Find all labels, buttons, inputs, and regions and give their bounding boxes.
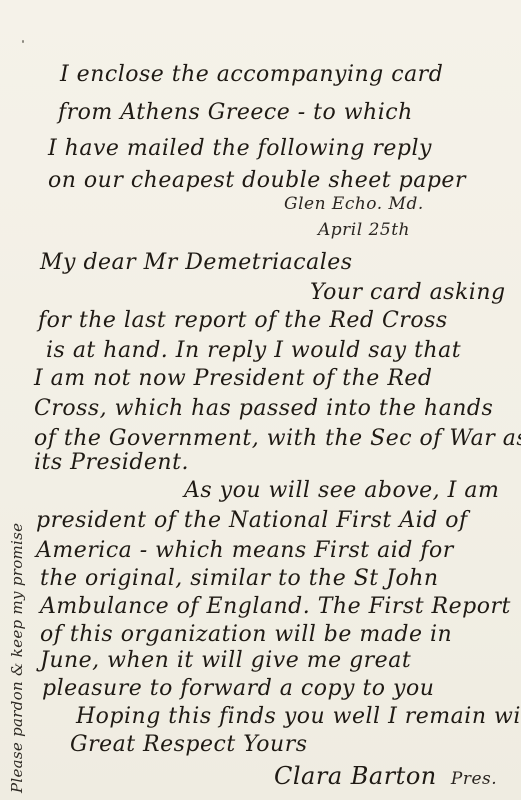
body-line-16: Hoping this finds you well I remain with <box>76 706 521 728</box>
body-line-9: president of the National First Aid of <box>36 510 468 532</box>
margin-note: Please pardon & keep my promise <box>8 523 26 793</box>
body-line-1: Your card asking <box>310 282 506 304</box>
body-line-14: June, when it will give me great <box>40 650 411 672</box>
body-line-6: of the Government, with the Sec of War a… <box>34 428 521 450</box>
signature: Clara Barton Pres. <box>274 764 497 788</box>
body-line-2: for the last report of the Red Cross <box>38 310 448 332</box>
body-line-7: its President. <box>34 452 189 474</box>
letter-paper: I enclose the accompanying card from Ath… <box>0 0 521 800</box>
preface-line-1: I enclose the accompanying card <box>60 64 443 86</box>
body-line-4: I am not now President of the Red <box>34 368 432 390</box>
salutation: My dear Mr Demetriacales <box>40 252 353 274</box>
body-line-13: of this organization will be made in <box>40 624 452 646</box>
body-line-12: Ambulance of England. The First Report <box>40 596 511 618</box>
body-line-17: Great Respect Yours <box>70 734 308 756</box>
body-line-10: America - which means First aid for <box>36 540 454 562</box>
body-line-8: As you will see above, I am <box>184 480 499 502</box>
body-line-15: pleasure to forward a copy to you <box>42 678 434 700</box>
body-line-11: the original, similar to the St John <box>40 568 439 590</box>
preface-line-2: from Athens Greece - to which <box>58 102 413 124</box>
signature-name: Clara Barton <box>274 762 437 790</box>
letter-place: Glen Echo. Md. <box>284 196 424 213</box>
signature-title: Pres. <box>451 769 497 789</box>
body-line-3: is at hand. In reply I would say that <box>46 340 461 362</box>
preface-line-4: on our cheapest double sheet paper <box>48 170 466 192</box>
preface-line-3: I have mailed the following reply <box>48 138 432 160</box>
body-line-5: Cross, which has passed into the hands <box>34 398 493 420</box>
paper-fleck <box>22 40 24 43</box>
letter-date: April 25th <box>318 222 410 239</box>
